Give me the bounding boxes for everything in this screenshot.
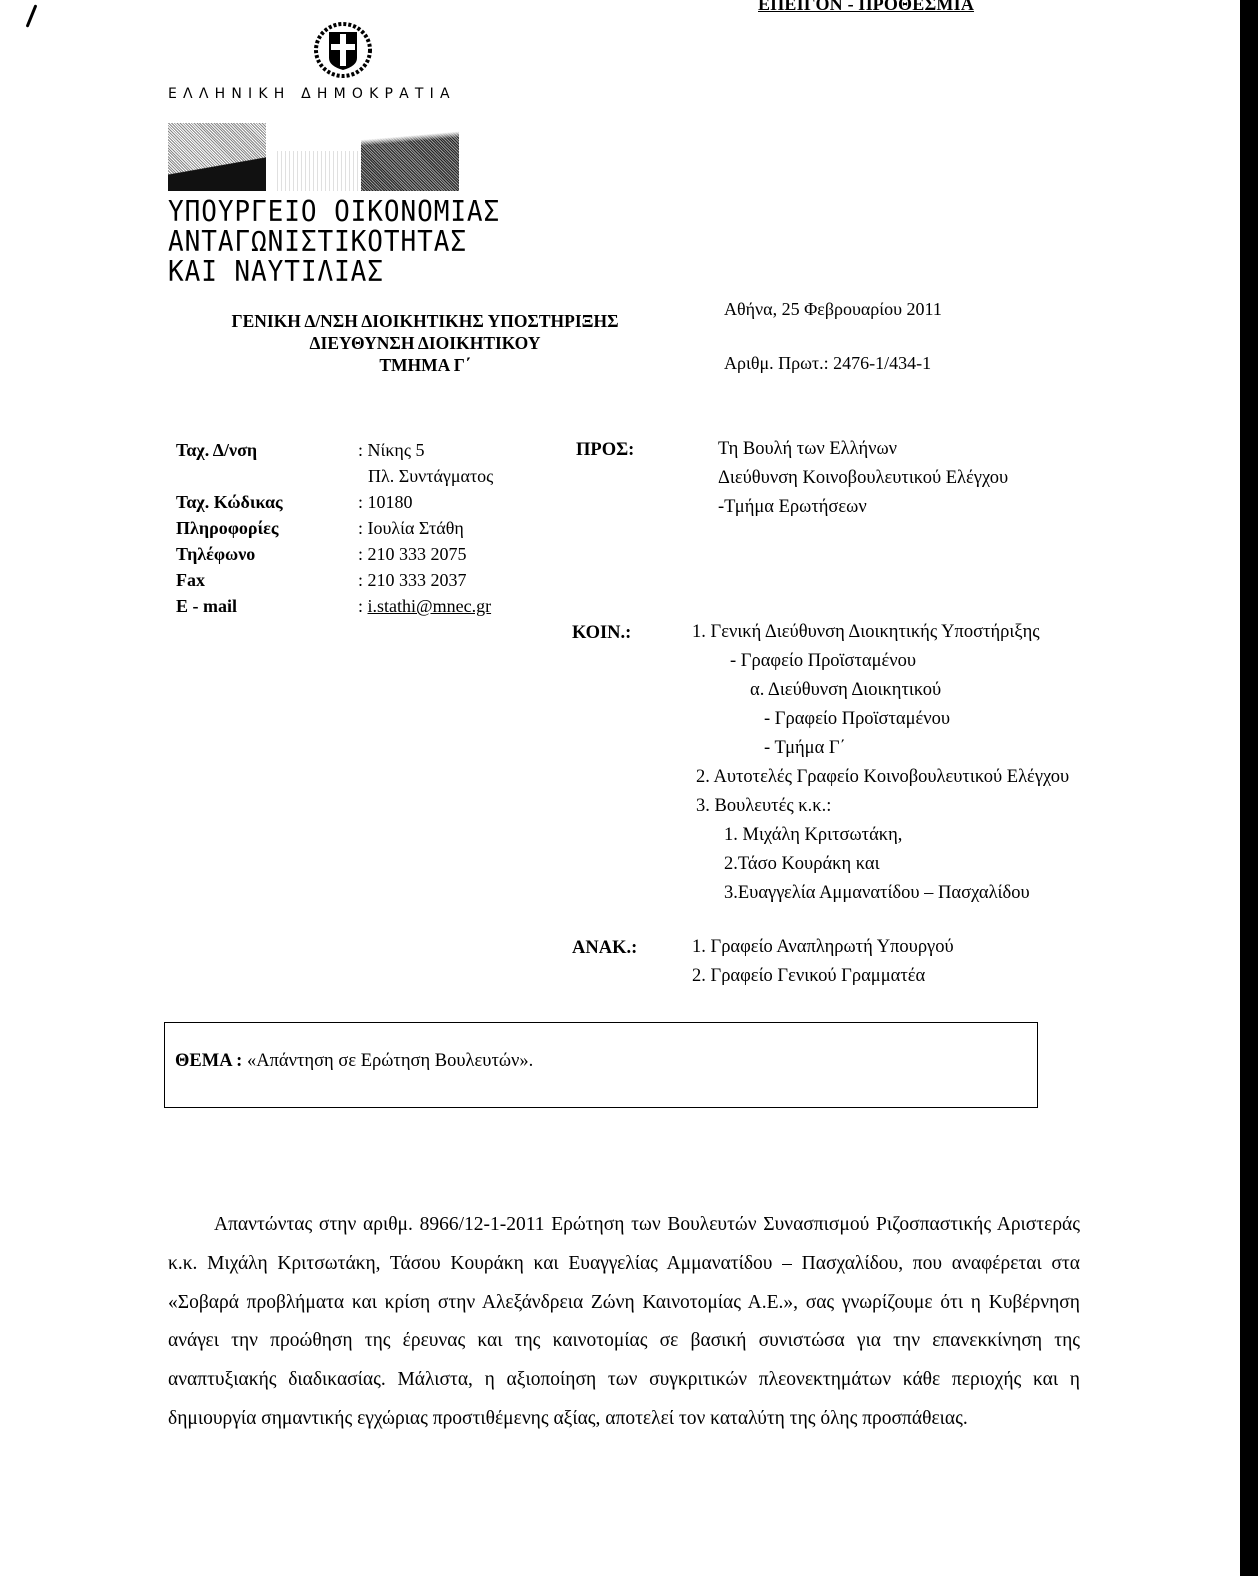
cc-line: - Τμήμα Γ΄ xyxy=(692,734,1069,763)
contact-label: Ταχ. Δ/νση xyxy=(176,437,358,463)
contact-value: : 10180 xyxy=(358,489,413,515)
contact-value: : Ιουλία Στάθη xyxy=(358,515,464,541)
ministry-line: ΥΠΟΥΡΓΕΙΟ ΟΙΚΟΝΟΜΙΑΣ xyxy=(168,197,500,227)
cc-line: 2. Αυτοτελές Γραφείο Κοινοβουλευτικού Ελ… xyxy=(692,763,1069,792)
subject-label: ΘΕΜΑ : xyxy=(175,1051,242,1071)
cc-line: 3. Βουλευτές κ.κ.: xyxy=(692,792,1069,821)
contact-row-address: Ταχ. Δ/νση : Νίκης 5 xyxy=(176,437,493,463)
pen-mark xyxy=(26,4,38,27)
email-prefix: : xyxy=(358,596,368,616)
contact-label: Πληροφορίες xyxy=(176,515,358,541)
internal-distribution-list: 1. Γραφείο Αναπληρωτή Υπουργού 2. Γραφεί… xyxy=(692,933,954,991)
place-date: Αθήνα, 25 Φεβρουαρίου 2011 xyxy=(724,299,942,320)
contact-row-email: E - mail : i.stathi@mnec.gr xyxy=(176,593,493,619)
to-line: -Τμήμα Ερωτήσεων xyxy=(718,493,1008,522)
contact-row-info: Πληροφορίες : Ιουλία Στάθη xyxy=(176,515,493,541)
banner-image-middle xyxy=(274,123,370,191)
greek-coat-of-arms-icon xyxy=(313,22,373,78)
banner-image-left xyxy=(168,123,266,191)
subject-line: ΘΕΜΑ : «Απάντηση σε Ερώτηση Βουλευτών». xyxy=(175,1051,533,1072)
subject-box: ΘΕΜΑ : «Απάντηση σε Ερώτηση Βουλευτών». xyxy=(164,1022,1038,1108)
cc-list: 1. Γενική Διεύθυνση Διοικητικής Υποστήρι… xyxy=(692,618,1069,908)
ministry-line: ΑΝΤΑΓΩΝΙΣΤΙΚΟΤΗΤΑΣ xyxy=(168,227,500,257)
cc-line: 3.Ευαγγελία Αμμανατίδου – Πασχαλίδου xyxy=(692,879,1069,908)
to-line: Τη Βουλή των Ελλήνων xyxy=(718,435,1008,464)
contact-row-fax: Fax : 210 333 2037 xyxy=(176,567,493,593)
contact-label-empty xyxy=(176,463,358,489)
cc-line: 1. Γενική Διεύθυνση Διοικητικής Υποστήρι… xyxy=(692,618,1069,647)
cc-line: 2.Τάσο Κουράκη και xyxy=(692,850,1069,879)
internal-line: 2. Γραφείο Γενικού Γραμματέα xyxy=(692,962,954,991)
contact-value: : 210 333 2075 xyxy=(358,541,467,567)
contact-details: Ταχ. Δ/νση : Νίκης 5 Πλ. Συντάγματος Ταχ… xyxy=(176,437,493,619)
urgent-deadline-stamp: ΕΠΕΙΓΟΝ - ΠΡΟΘΕΣΜΙΑ xyxy=(758,0,974,15)
republic-title: ΕΛΛΗΝΙΚΗ ΔΗΜΟΚΡΑΤΙΑ xyxy=(168,86,456,102)
ministry-line: ΚΑΙ ΝΑΥΤΙΛΙΑΣ xyxy=(168,257,500,287)
ministry-name: ΥΠΟΥΡΓΕΙΟ ΟΙΚΟΝΟΜΙΑΣ ΑΝΤΑΓΩΝΙΣΤΙΚΟΤΗΤΑΣ … xyxy=(168,197,500,287)
scan-edge-bar xyxy=(1240,0,1258,1576)
contact-value: : Νίκης 5 xyxy=(358,437,424,463)
cc-line: α. Διεύθυνση Διοικητικού xyxy=(692,676,1069,705)
contact-label: Ταχ. Κώδικας xyxy=(176,489,358,515)
body-paragraph: Απαντώντας στην αριθμ. 8966/12-1-2011 Ερ… xyxy=(168,1206,1080,1439)
contact-label: Τηλέφωνο xyxy=(176,541,358,567)
contact-label: Fax xyxy=(176,567,358,593)
to-label: ΠΡΟΣ: xyxy=(576,436,634,465)
contact-value: : i.stathi@mnec.gr xyxy=(358,593,491,619)
email-link[interactable]: i.stathi@mnec.gr xyxy=(368,596,492,616)
contact-value: : 210 333 2037 xyxy=(358,567,467,593)
department-line: ΓΕΝΙΚΗ Δ/ΝΣΗ ΔΙΟΙΚΗΤΙΚΗΣ ΥΠΟΣΤΗΡΙΞΗΣ xyxy=(160,310,690,332)
protocol-number: Αριθμ. Πρωτ.: 2476-1/434-1 xyxy=(724,353,931,374)
department-heading: ΓΕΝΙΚΗ Δ/ΝΣΗ ΔΙΟΙΚΗΤΙΚΗΣ ΥΠΟΣΤΗΡΙΞΗΣ ΔΙΕ… xyxy=(160,310,690,376)
contact-value: Πλ. Συντάγματος xyxy=(358,463,493,489)
contact-row-postcode: Ταχ. Κώδικας : 10180 xyxy=(176,489,493,515)
contact-row-address-2: Πλ. Συντάγματος xyxy=(176,463,493,489)
internal-line: 1. Γραφείο Αναπληρωτή Υπουργού xyxy=(692,933,954,962)
department-line: ΔΙΕΥΘΥΝΣΗ ΔΙΟΙΚΗΤΙΚΟΥ xyxy=(160,332,690,354)
contact-label: E - mail xyxy=(176,593,358,619)
contact-row-phone: Τηλέφωνο : 210 333 2075 xyxy=(176,541,493,567)
cc-line: - Γραφείο Προϊσταμένου xyxy=(692,647,1069,676)
internal-distribution-label: ΑΝΑΚ.: xyxy=(572,934,637,963)
ministry-logo-banner xyxy=(168,123,524,191)
cc-line: - Γραφείο Προϊσταμένου xyxy=(692,705,1069,734)
cc-label: ΚΟΙΝ.: xyxy=(572,619,631,648)
cc-line: 1. Μιχάλη Κριτσωτάκη, xyxy=(692,821,1069,850)
banner-image-right xyxy=(361,123,459,191)
department-line: ΤΜΗΜΑ Γ΄ xyxy=(160,354,690,376)
subject-text: «Απάντηση σε Ερώτηση Βουλευτών». xyxy=(242,1051,533,1071)
to-list: Τη Βουλή των Ελλήνων Διεύθυνση Κοινοβουλ… xyxy=(718,435,1008,522)
to-line: Διεύθυνση Κοινοβουλευτικού Ελέγχου xyxy=(718,464,1008,493)
